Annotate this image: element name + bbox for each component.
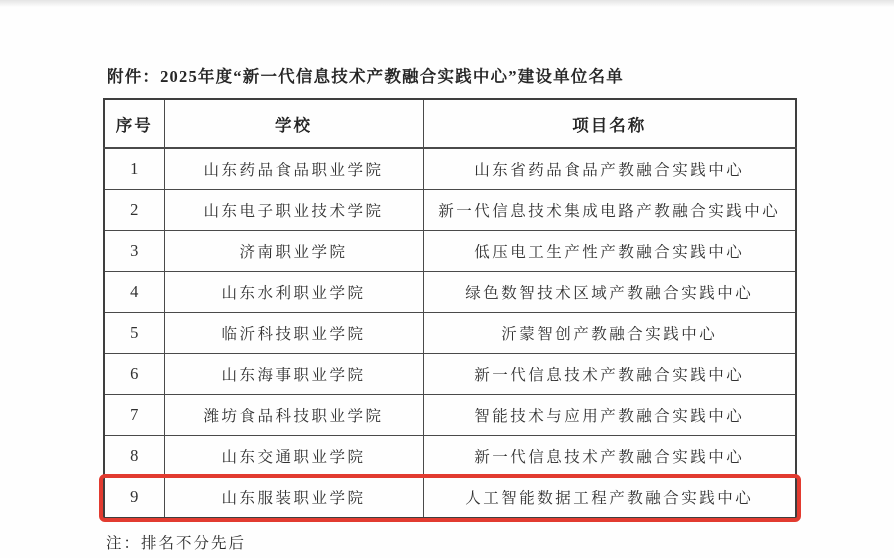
- cell-project: 新一代信息技术集成电路产教融合实践中心: [423, 190, 796, 231]
- cell-project: 低压电工生产性产教融合实践中心: [423, 231, 796, 272]
- table-header: 序号 学校 项目名称: [104, 99, 796, 148]
- cell-school: 潍坊食品科技职业学院: [164, 395, 423, 436]
- cell-school: 山东水利职业学院: [164, 272, 423, 313]
- cell-project: 绿色数智技术区域产教融合实践中心: [423, 272, 796, 313]
- table-body: 1 山东药品食品职业学院 山东省药品食品产教融合实践中心 2 山东电子职业技术学…: [104, 148, 796, 518]
- cell-project: 新一代信息技术产教融合实践中心: [423, 354, 796, 395]
- cell-index: 4: [104, 272, 164, 313]
- cell-index: 8: [104, 436, 164, 477]
- table-row: 5 临沂科技职业学院 沂蒙智创产教融合实践中心: [104, 313, 796, 354]
- cell-project: 人工智能数据工程产教融合实践中心: [423, 477, 796, 519]
- table-row: 2 山东电子职业技术学院 新一代信息技术集成电路产教融合实践中心: [104, 190, 796, 231]
- column-header-school: 学校: [164, 99, 423, 148]
- table-row: 3 济南职业学院 低压电工生产性产教融合实践中心: [104, 231, 796, 272]
- table-row: 1 山东药品食品职业学院 山东省药品食品产教融合实践中心: [104, 148, 796, 190]
- cell-project: 山东省药品食品产教融合实践中心: [423, 148, 796, 190]
- cell-school: 山东交通职业学院: [164, 436, 423, 477]
- cell-project: 沂蒙智创产教融合实践中心: [423, 313, 796, 354]
- column-header-index: 序号: [104, 99, 164, 148]
- document-title: 附件：2025年度“新一代信息技术产教融合实践中心”建设单位名单: [107, 63, 624, 87]
- cell-project: 新一代信息技术产教融合实践中心: [423, 436, 796, 477]
- cell-index: 5: [104, 313, 164, 354]
- building-units-table: 序号 学校 项目名称 1 山东药品食品职业学院 山东省药品食品产教融合实践中心 …: [103, 98, 797, 519]
- cell-index: 2: [104, 190, 164, 231]
- scanned-document-page: 附件：2025年度“新一代信息技术产教融合实践中心”建设单位名单 序号 学校 项…: [0, 0, 894, 558]
- table-row: 4 山东水利职业学院 绿色数智技术区域产教融合实践中心: [104, 272, 796, 313]
- cell-school: 山东电子职业技术学院: [164, 190, 423, 231]
- table-row: 7 潍坊食品科技职业学院 智能技术与应用产教融合实践中心: [104, 395, 796, 436]
- table-row: 8 山东交通职业学院 新一代信息技术产教融合实践中心: [104, 436, 796, 477]
- cell-school: 山东服装职业学院: [164, 477, 423, 519]
- cell-index: 9: [104, 477, 164, 519]
- footnote: 注：排名不分先后: [106, 531, 246, 553]
- table-row: 9 山东服装职业学院 人工智能数据工程产教融合实践中心: [104, 477, 796, 519]
- cell-school: 山东药品食品职业学院: [164, 148, 423, 190]
- cell-index: 7: [104, 395, 164, 436]
- cell-index: 6: [104, 354, 164, 395]
- cell-school: 临沂科技职业学院: [164, 313, 423, 354]
- column-header-project: 项目名称: [423, 99, 796, 148]
- scan-top-edge: [0, 0, 894, 7]
- cell-school: 山东海事职业学院: [164, 354, 423, 395]
- header-row: 序号 学校 项目名称: [104, 99, 796, 148]
- cell-school: 济南职业学院: [164, 231, 423, 272]
- cell-index: 3: [104, 231, 164, 272]
- table-row: 6 山东海事职业学院 新一代信息技术产教融合实践中心: [104, 354, 796, 395]
- cell-index: 1: [104, 148, 164, 190]
- cell-project: 智能技术与应用产教融合实践中心: [423, 395, 796, 436]
